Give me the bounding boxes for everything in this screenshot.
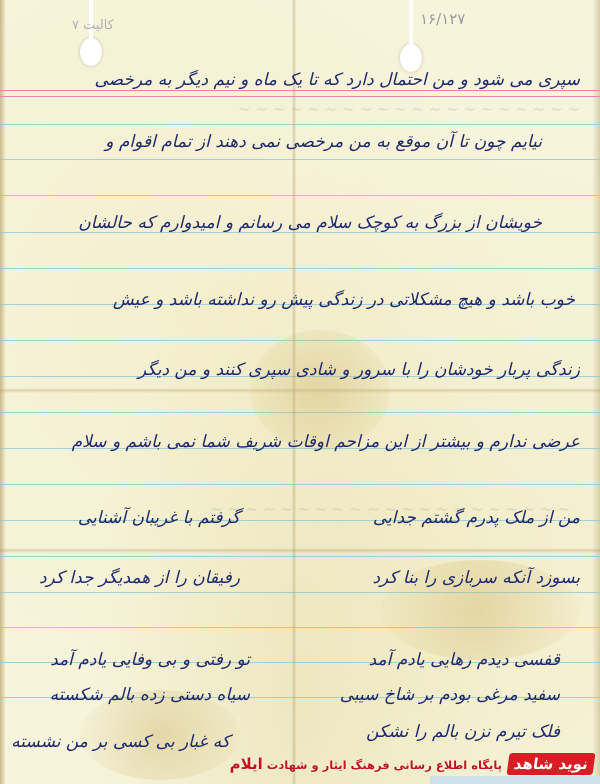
pencil-note: کالیت ۷ — [72, 18, 114, 33]
paper-fold-horizontal — [0, 548, 600, 553]
letter-line-4: خوب باشد و هیچ مشکلاتی در زندگی پیش رو ن… — [113, 290, 575, 310]
margin-line-pink — [0, 90, 600, 91]
ruled-line — [0, 195, 600, 196]
ruled-line — [0, 484, 600, 485]
ruled-line — [0, 556, 600, 557]
poem-quatrain-2-right: سفید مرغی بودم بر شاخ سیبی — [340, 685, 560, 705]
poem-quatrain-1-left: تو رفتی و بی وفایی یادم آمد — [50, 650, 250, 670]
ruled-line — [0, 124, 600, 125]
ruled-line — [0, 268, 600, 269]
watermark-province: ایلام — [230, 755, 263, 773]
poem-quatrain-1-right: قفسی دیدم رهایی یادم آمد — [369, 650, 560, 670]
bleed-through-text: ~ ~ ~ ~ ~ ~ ~ ~ ~ ~ ~ ~ ~ ~ ~ ~ ~ ~ ~ ~ — [238, 100, 580, 118]
poem-couplet-1-right: من از ملک پدرم گشتم جدایی — [373, 508, 580, 528]
watermark-tagline: پایگاه اطلاع رسانی فرهنگ ایثار و شهادت ا… — [230, 755, 502, 773]
watermark-tagline-text: پایگاه اطلاع رسانی فرهنگ ایثار و شهادت — [267, 758, 502, 772]
binder-hole — [400, 44, 422, 72]
poem-quatrain-2-left: سیاه دستی زده بالم شکسته — [50, 685, 250, 705]
binder-hole — [80, 38, 102, 66]
letter-page: ~ ~ ~ ~ ~ ~ ~ ~ ~ ~ ~ ~ ~ ~ ~ ~ ~ ~ ~ ~ … — [0, 0, 600, 784]
letter-line-6: عرضی ندارم و بیشتر از این مزاحم اوقات شر… — [72, 432, 580, 452]
ruled-line — [0, 159, 600, 160]
poem-couplet-1-left: گرفتم با غریبان آشنایی — [78, 508, 240, 528]
poem-couplet-2-right: بسوزد آنکه سربازی را بنا کرد — [372, 568, 580, 588]
page-number-annotation: ۱۶/۱۲۷ — [420, 10, 465, 28]
paper-tear — [409, 0, 413, 46]
navid-shahed-logo-icon: نوید شاهد — [506, 753, 595, 775]
poem-couplet-2-left: رفیقان را از همدیگر جدا کرد — [39, 568, 240, 588]
margin-line-pink — [0, 96, 600, 97]
poem-quatrain-3-left: که غبار بی کسی بر من نشسته — [11, 732, 230, 752]
letter-line-3: خویشان از بزرگ به کوچک سلام می رسانم و ا… — [78, 213, 542, 233]
poem-quatrain-3-right: فلک تیرم نزن بالم را نشکن — [366, 722, 560, 742]
letter-line-1: سپری می شود و من احتمال دارد که تا یک ما… — [94, 70, 580, 90]
letter-line-2: نیایم چون تا آن موقع به من مرخصی نمی دهن… — [105, 132, 542, 152]
source-watermark: پایگاه اطلاع رسانی فرهنگ ایثار و شهادت ا… — [220, 744, 600, 784]
letter-line-5: زندگی پربار خودشان را با سرور و شادی سپر… — [138, 360, 580, 380]
